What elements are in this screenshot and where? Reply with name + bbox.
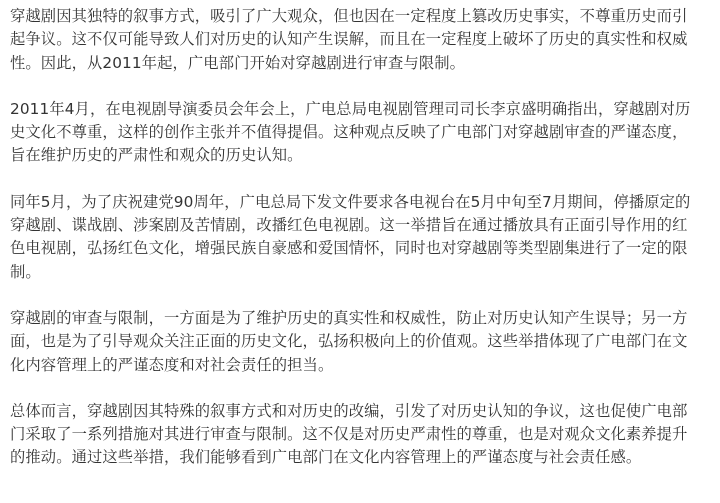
text-line: 穿越剧的审查与限制，一方面是为了维护历史的真实性和权威性，防止对历史认知产生误导… xyxy=(10,307,710,330)
text-line: 色电视剧，弘扬红色文化，增强民族自豪感和爱国情怀，同时也对穿越剧等类型剧集进行了… xyxy=(10,237,710,260)
text-line: 同年5月，为了庆祝建党90周年，广电总局下发文件要求各电视台在5月中旬至7月期间… xyxy=(10,191,710,214)
paragraph-intro: 穿越剧因其独特的叙事方式，吸引了广大观众，但也因在一定程度上篡改历史事实，不尊重… xyxy=(10,5,710,75)
text-line: 2011年4月，在电视剧导演委员会年会上，广电总局电视剧管理司司长李京盛明确指出… xyxy=(10,98,710,121)
text-line: 门采取了一系列措施对其进行审查与限制。这不仅是对历史严肃性的尊重，也是对观众文化… xyxy=(10,423,710,446)
paragraph-may-2011: 同年5月，为了庆祝建党90周年，广电总局下发文件要求各电视台在5月中旬至7月期间… xyxy=(10,191,710,284)
paragraph-april-2011: 2011年4月，在电视剧导演委员会年会上，广电总局电视剧管理司司长李京盛明确指出… xyxy=(10,98,710,168)
text-line: 的推动。通过这些举措，我们能够看到广电部门在文化内容管理上的严谨态度与社会责任感… xyxy=(10,446,710,469)
text-line: 面，也是为了引导观众关注正面的历史文化，弘扬积极向上的价值观。这些举措体现了广电… xyxy=(10,330,710,353)
text-line: 穿越剧、谍战剧、涉案剧及苦情剧，改播红色电视剧。这一举措旨在通过播放具有正面引导… xyxy=(10,214,710,237)
text-line: 旨在维护历史的严肃性和观众的历史认知。 xyxy=(10,144,710,167)
paragraph-conclusion: 总体而言，穿越剧因其特殊的叙事方式和对历史的改编，引发了对历史认知的争议，这也促… xyxy=(10,400,710,470)
text-line: 穿越剧因其独特的叙事方式，吸引了广大观众，但也因在一定程度上篡改历史事实，不尊重… xyxy=(10,5,710,28)
text-line: 制。 xyxy=(10,261,710,284)
text-line: 起争议。这不仅可能导致人们对历史的认知产生误解，而且在一定程度上破坏了历史的真实… xyxy=(10,28,710,51)
article-body: 穿越剧因其独特的叙事方式，吸引了广大观众，但也因在一定程度上篡改历史事实，不尊重… xyxy=(0,0,720,470)
text-line: 性。因此，从2011年起，广电部门开始对穿越剧进行审查与限制。 xyxy=(10,52,710,75)
text-line: 史文化不尊重，这样的创作主张并不值得提倡。这种观点反映了广电部门对穿越剧审查的严… xyxy=(10,121,710,144)
text-line: 总体而言，穿越剧因其特殊的叙事方式和对历史的改编，引发了对历史认知的争议，这也促… xyxy=(10,400,710,423)
paragraph-purpose: 穿越剧的审查与限制，一方面是为了维护历史的真实性和权威性，防止对历史认知产生误导… xyxy=(10,307,710,377)
text-line: 化内容管理上的严谨态度和对社会责任的担当。 xyxy=(10,354,710,377)
